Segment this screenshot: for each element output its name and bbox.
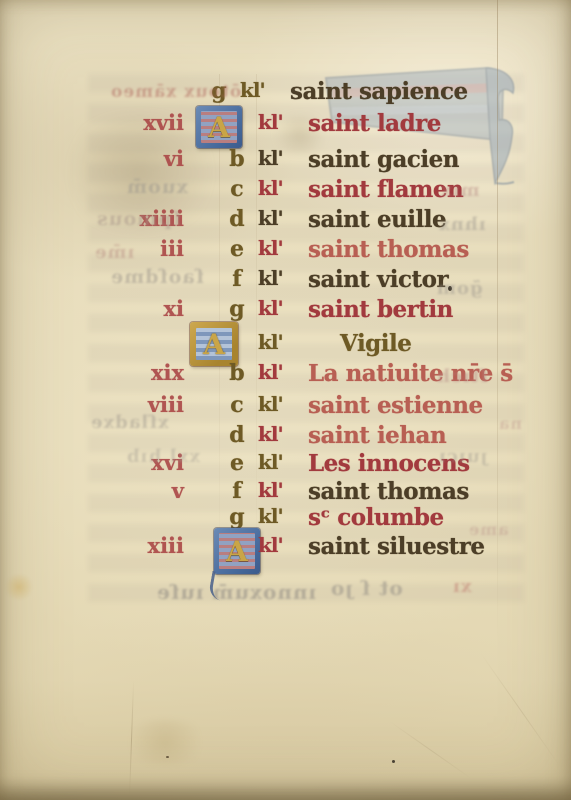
golden-number: v <box>100 478 184 503</box>
calendar-row: xiiiAkl'saint siluestre <box>0 533 571 563</box>
kalends-abbreviation: kl' <box>258 330 283 354</box>
kalends-abbreviation: kl' <box>258 176 283 200</box>
calendar-row: xiiiidkl'saint euille <box>0 206 571 236</box>
kalends-abbreviation: kl' <box>258 236 283 260</box>
golden-number: xix <box>100 360 184 385</box>
feast-name: saint gacien <box>308 146 459 173</box>
feast-name: saint bertin <box>308 296 453 323</box>
parchment-crease <box>480 652 561 767</box>
dominical-letter: g <box>202 78 236 104</box>
golden-number: viii <box>100 392 184 417</box>
calendar-row: xixbkl'La natiuite nr̄e s̄ <box>0 360 571 390</box>
golden-number: xi <box>100 296 184 321</box>
calendar-row: ckl'saint flamen <box>0 176 571 206</box>
kalends-abbreviation: kl' <box>258 422 283 446</box>
feast-name: Vigile <box>340 330 411 357</box>
kalends-abbreviation: kl' <box>258 266 283 290</box>
golden-number: xvii <box>100 110 184 135</box>
ink-speck <box>166 756 169 758</box>
calendar-row: iiiekl'saint thomas <box>0 236 571 266</box>
kalends-abbreviation: kl' <box>258 146 283 170</box>
feast-name: saint estienne <box>308 392 483 419</box>
feast-name: Les innocens <box>308 450 470 477</box>
calendar-row: vibkl'saint gacien <box>0 146 571 176</box>
dominical-letter: c <box>220 392 254 418</box>
feast-name: saint thomas <box>308 236 469 263</box>
feast-name: saint flamen <box>308 176 463 203</box>
feast-name: saint ladre <box>308 110 441 137</box>
calendar-row: xviekl'Les innocens <box>0 450 571 480</box>
kalends-abbreviation: kl' <box>258 296 283 320</box>
golden-number: xiiii <box>100 206 184 231</box>
kalends-abbreviation: kl' <box>258 533 283 557</box>
calendar-row: xviiAkl'saint ladre <box>0 110 571 140</box>
dominical-letter: e <box>220 236 254 262</box>
dominical-letter: g <box>220 504 254 530</box>
golden-number: vi <box>100 146 184 171</box>
kalends-abbreviation: kl' <box>258 450 283 474</box>
initial-letter: A <box>196 106 242 148</box>
golden-number: xiii <box>100 533 184 558</box>
calendar-row: dkl'saint iehan <box>0 422 571 452</box>
kalends-abbreviation: kl' <box>258 504 283 528</box>
parchment-crease <box>129 680 134 800</box>
feast-name: saint iehan <box>308 422 446 449</box>
parchment-crease <box>389 721 471 779</box>
initial-flourish-tail <box>208 571 228 601</box>
calendar-row: gkl'sᶜ columbe <box>0 504 571 534</box>
initial-letter: A <box>214 528 260 574</box>
calendar-row: xigkl'saint bertin <box>0 296 571 326</box>
feast-name: saint victor <box>308 266 448 293</box>
feast-name: sᶜ columbe <box>308 504 444 531</box>
kalends-abbreviation: kl' <box>258 110 283 134</box>
feast-name: saint euille <box>308 206 446 233</box>
feast-name: saint siluestre <box>308 533 485 560</box>
kalends-abbreviation: kl' <box>258 392 283 416</box>
golden-number: xvi <box>100 450 184 475</box>
showthrough-text: xı <box>452 576 472 597</box>
feast-name: La natiuite nr̄e s̄ <box>308 360 513 387</box>
kalends-abbreviation: kl' <box>258 478 283 502</box>
dominical-letter: e <box>220 450 254 476</box>
calendar-row: gkl'saint sapience <box>0 78 553 108</box>
feast-name: saint sapience <box>290 78 468 105</box>
dominical-letter: f <box>220 266 254 292</box>
calendar-row: fkl'saint victor <box>0 266 571 296</box>
golden-number: iii <box>100 236 184 261</box>
dominical-letter: c <box>220 176 254 202</box>
calendar-row: viiickl'saint estienne <box>0 392 571 422</box>
decorated-initial-A: A <box>196 106 242 148</box>
dominical-letter: b <box>220 360 254 386</box>
calendar-row: Akl'Vigile <box>0 330 571 360</box>
dominical-letter: f <box>220 478 254 504</box>
kalends-abbreviation: kl' <box>240 78 265 102</box>
showthrough-text: ot ſ ȷo <box>330 576 403 600</box>
decorated-initial-A: A <box>214 528 260 574</box>
manuscript-page: gkl'saint sapiencexviiAkl'saint ladrevib… <box>0 0 571 800</box>
dominical-letter: d <box>220 422 254 448</box>
dominical-letter: b <box>220 146 254 172</box>
kalends-abbreviation: kl' <box>258 206 283 230</box>
dominical-letter: d <box>220 206 254 232</box>
ink-speck <box>392 760 395 763</box>
showthrough-text: ınnoxum̄ ıuſe <box>156 580 316 604</box>
dominical-letter: g <box>220 296 254 322</box>
page-stain <box>120 720 210 764</box>
feast-name: saint thomas <box>308 478 469 505</box>
page-stain <box>4 574 34 600</box>
kalends-abbreviation: kl' <box>258 360 283 384</box>
